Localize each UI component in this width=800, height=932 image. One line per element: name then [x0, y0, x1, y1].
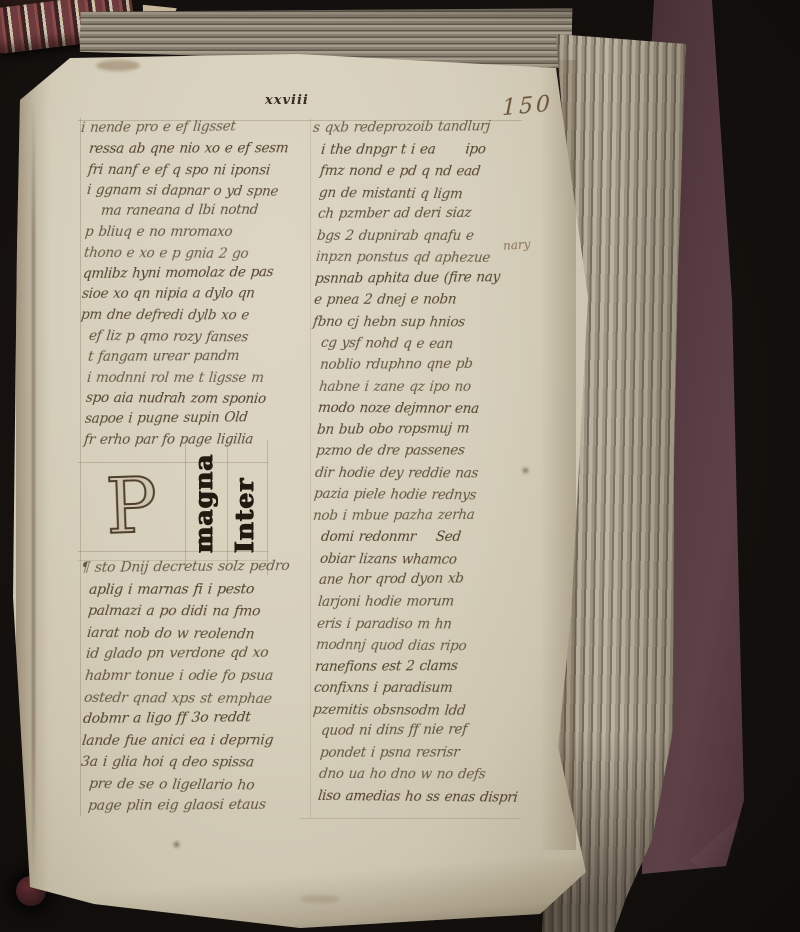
manuscript-text-line: p bliuq e no mromaxo	[84, 222, 286, 243]
page-speck	[174, 842, 179, 847]
manuscript-text-line: s qxb redeprozoib tandlurj	[312, 116, 520, 139]
manuscript-text-line: ressa ab qne nio xo e ef sesm	[88, 138, 290, 159]
manuscript-text-line: fri nanf e ef q spo ni iponsi	[87, 160, 289, 181]
manuscript-text-line: dno ua ho dno w no defs	[318, 764, 526, 786]
manuscript-text-line: bgs 2 dupnirab qnafu e	[316, 226, 524, 248]
vertical-gothic-word-2: Inter	[230, 461, 259, 553]
manuscript-text-line: e pnea 2 dnej e nobn	[313, 290, 521, 312]
manuscript-text-line: dobmr a ligo ff 3o reddt	[82, 707, 290, 731]
manuscript-text-line: ma raneana d lbi notnd	[85, 200, 287, 222]
manuscript-photo: xxviii 150 nary i nende pro e ef ligsset…	[0, 0, 800, 932]
manuscript-text-line: confixns i paradisum	[313, 678, 521, 700]
manuscript-text-line: 3a i glia hoi q deo spissa	[80, 752, 288, 774]
manuscript-text-line: id glado pn verdone qd xo	[85, 643, 293, 666]
vertical-gothic-word-1: magna	[189, 463, 218, 553]
manuscript-text-line: pzmo de dre passenes	[315, 441, 523, 463]
manuscript-text-line: habne i zane qz ipo no	[318, 377, 526, 399]
manuscript-text-line: fbno cj hebn sup hnios	[312, 312, 520, 334]
ruling-intercolumn	[310, 118, 311, 818]
manuscript-text-line: ch pzmber ad deri siaz	[317, 203, 525, 226]
manuscript-text-line: fr erho par fo page ligilia	[83, 429, 285, 450]
gutter-crease	[32, 100, 35, 880]
ruling-initial-v2	[227, 440, 228, 565]
manuscript-text-line: palmazi a po didi na fmo	[87, 601, 295, 623]
manuscript-text-line: ¶ sto Dnij decretus solz pedro	[80, 556, 288, 580]
manuscript-text-line: sioe xo qn nipia a dylo qn	[81, 284, 283, 305]
manuscript-text-line: psnnab aphita due (fire nay	[314, 267, 522, 290]
chapter-roman-numeral: xxviii	[265, 93, 309, 108]
page-right-shade	[540, 60, 576, 850]
manuscript-text-line: quod ni dins ff nie ref	[320, 719, 528, 742]
manuscript-text-line: fmz nond e pd q nd ead	[319, 161, 527, 183]
page-stain	[96, 60, 140, 71]
manuscript-text-line: lande fue anici ea i deprnig	[81, 730, 289, 752]
manuscript-text-line: larjoni hodie morum	[317, 591, 525, 613]
page-speck	[523, 468, 528, 473]
manuscript-text-line: t fangam urear pandm	[87, 345, 289, 367]
manuscript-text-line: domi redonmr Sed	[320, 527, 528, 549]
ruling-initial-v3	[267, 440, 268, 575]
left-column-upper: i nende pro e ef ligssetressa ab qne nio…	[85, 118, 285, 451]
manuscript-text-line: i modnni rol me t ligsse m	[86, 368, 288, 389]
manuscript-text-line: page plin eig glaosi etaus	[87, 794, 295, 817]
manuscript-text-line: sapoe i pugne supin Old	[84, 407, 286, 430]
page-stain	[300, 895, 340, 903]
manuscript-text-line: nob i mbue pazha zerha	[312, 505, 520, 528]
ruling-left-column	[80, 118, 81, 816]
manuscript-text-line: liso amedias ho ss enas dispri	[317, 786, 525, 809]
manuscript-text-line: ane hor qrod dyon xb	[318, 569, 526, 592]
manuscript-text-line: aplig i marnas fi i pesto	[88, 579, 296, 601]
manuscript-text-line: dir hodie dey reddie nas	[314, 463, 522, 485]
manuscript-text-line: bn bub obo ropsmuj m	[316, 418, 524, 441]
ruling-bottom	[300, 818, 520, 819]
manuscript-text-line: ranefions est 2 clams	[314, 655, 522, 678]
manuscript-text-line: noblio rduphno qne pb	[319, 354, 527, 377]
manuscript-text-line: pm dne defredi dylb xo e	[80, 305, 282, 326]
manuscript-text-line: qmlibz hyni momolaz de pas	[82, 262, 284, 285]
manuscript-text-line: habmr tonue i odie fo psua	[84, 666, 292, 688]
manuscript-text-line: i the dnpgr t i ea ipo	[320, 139, 528, 161]
drop-cap-initial: P	[105, 467, 159, 545]
manuscript-text-line: pondet i psna resrisr	[319, 742, 527, 764]
ruling-initial-v1	[185, 440, 186, 565]
manuscript-text-line: eris i paradiso m hn	[316, 614, 524, 636]
left-column-lower: ¶ sto Dnij decretus solz pedroaplig i ma…	[85, 558, 291, 817]
right-column: s qxb redeprozoib tandlurji the dnpgr t …	[317, 118, 523, 808]
manuscript-text-line: i nende pro e ef ligsset	[80, 116, 282, 139]
